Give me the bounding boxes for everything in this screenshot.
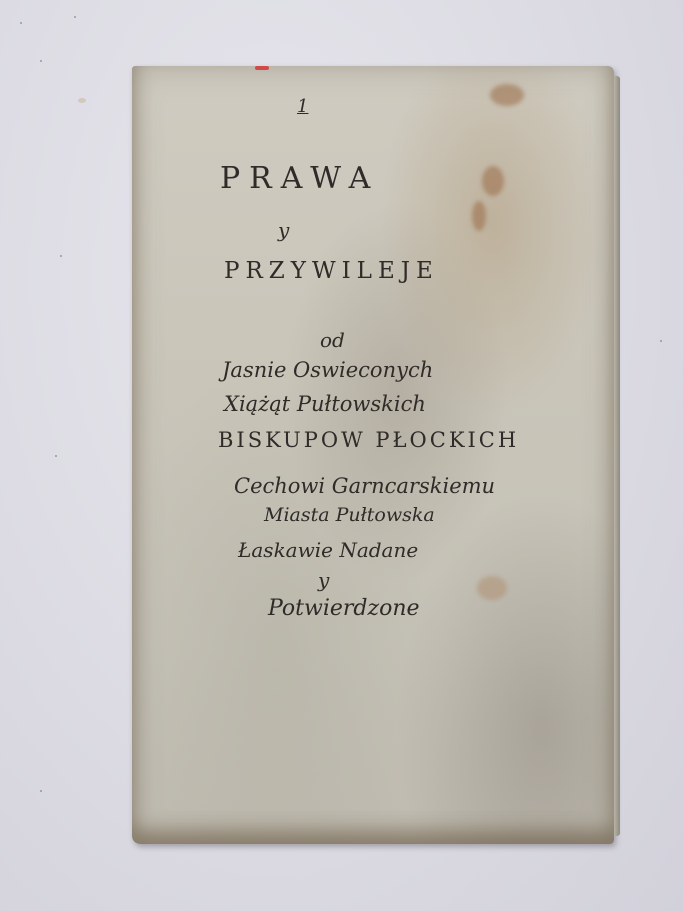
title-line-6: Xiążąt Pułtowskich xyxy=(224,392,426,416)
speck xyxy=(74,16,76,18)
title-line-5: Jasnie Oswieconych xyxy=(222,358,433,382)
speck xyxy=(55,455,57,457)
title-line-12: Potwierdzone xyxy=(268,596,420,621)
title-line-2: y xyxy=(278,218,289,242)
title-line-1: PRAWA xyxy=(220,161,379,196)
title-line-11: y xyxy=(318,568,329,592)
title-line-4: od xyxy=(320,328,345,352)
title-line-8: Cechowi Garncarskiemu xyxy=(234,474,495,498)
document-text: 1 PRAWA y PRZYWILEJE od Jasnie Oswiecony… xyxy=(132,66,614,844)
speck xyxy=(660,340,662,342)
speck xyxy=(20,22,22,24)
title-line-3: PRZYWILEJE xyxy=(224,258,439,284)
title-line-10: Łaskawie Nadane xyxy=(238,538,418,562)
speck xyxy=(78,98,86,103)
speck xyxy=(40,60,42,62)
title-line-7: BISKUPOW PŁOCKICH xyxy=(218,428,519,452)
title-line-9: Miasta Pułtowska xyxy=(264,504,435,526)
page-number: 1 xyxy=(297,96,308,117)
speck xyxy=(40,790,42,792)
speck xyxy=(60,255,62,257)
